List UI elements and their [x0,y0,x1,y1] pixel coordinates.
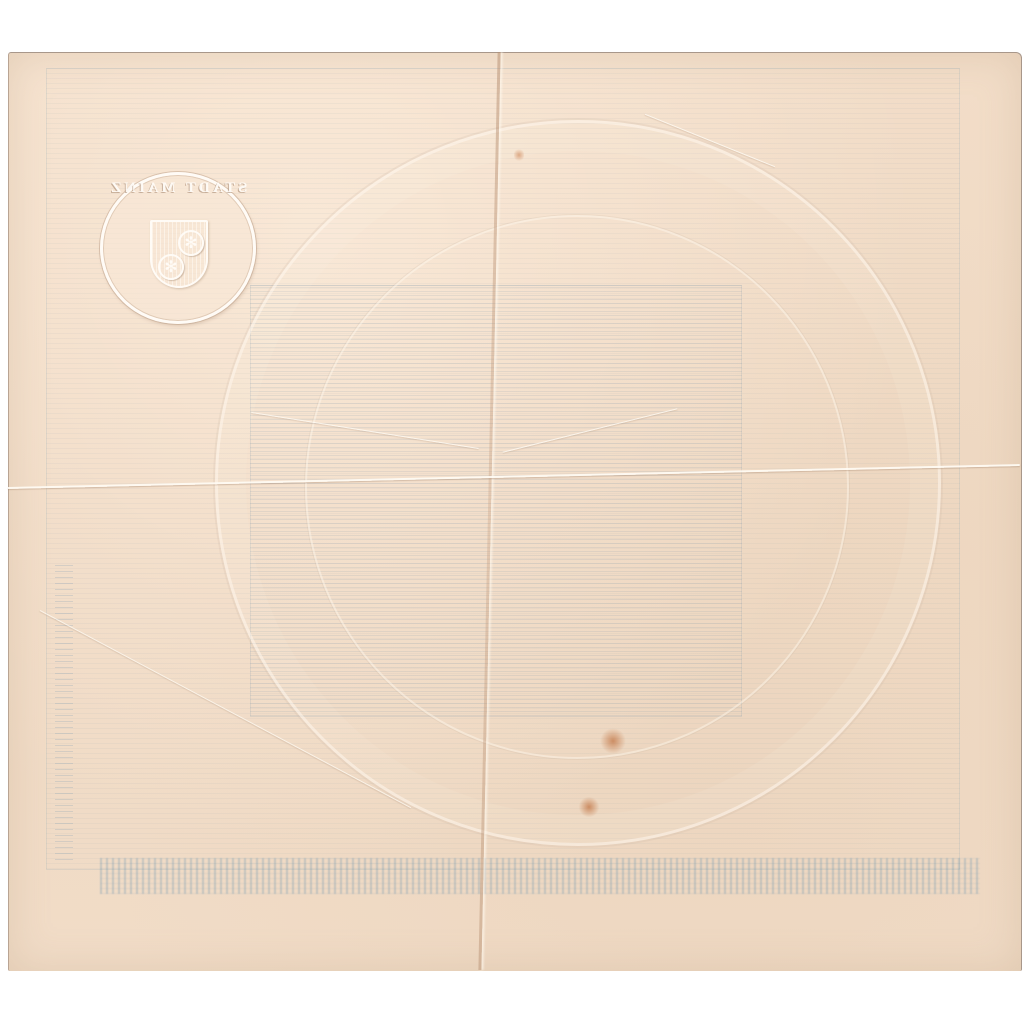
rust-spot [514,148,524,162]
show-through-bottom-text [100,858,980,894]
rust-spot [600,728,626,754]
seal-inscription: STADT MAINZ [103,181,253,196]
embossed-city-seal: STADT MAINZ ✻ ✻ [100,172,256,324]
wheel-icon: ✻ [158,254,184,280]
rust-spot [578,797,600,817]
embossed-inner-circle [305,215,849,759]
show-through-left-border [55,560,73,860]
coat-of-arms-shield-icon: ✻ ✻ [150,220,208,288]
wheel-icon: ✻ [178,230,204,256]
